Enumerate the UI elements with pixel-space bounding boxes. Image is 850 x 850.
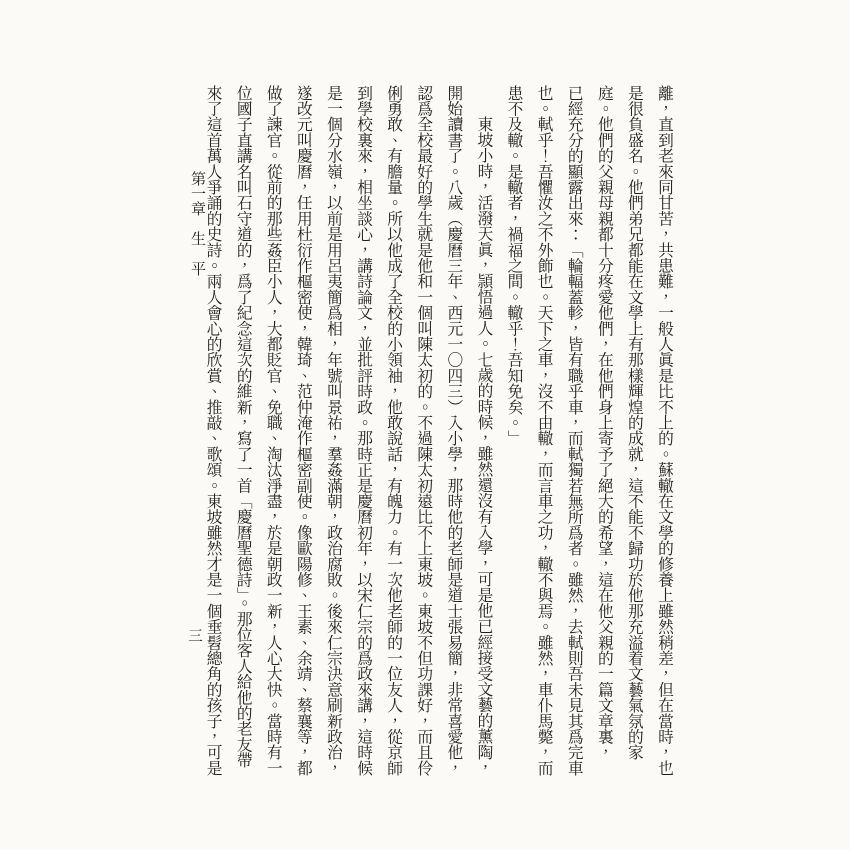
text-column: 患不及轍。是轍者，禍福之間。轍乎！吾知免矣。」: [498, 85, 528, 781]
text-column: 俐勇敢、有膽量。所以他成了全校的小領袖，他敢說話，有魄力。有一次他老師的一位友人…: [378, 85, 408, 781]
text-column: 離，直到老來同甘苦，共患難，一般人眞是比不上的。蘇轍在文學的修養上雖然稍差，但在…: [649, 85, 679, 781]
text-column: 是很負盛名。他們弟兄都能在文學上有那樣輝煌的成就，這不能不歸功於他那充溢着文藝氣…: [619, 85, 649, 781]
text-column: 位國子直講名叫石守道的，爲了紀念這次的維新，寫了一首「慶曆聖德詩」。那位客人給他…: [228, 85, 258, 781]
text-column: 也。軾乎！吾懼汝之不外飾也。天下之車，沒不由轍，而言車之功，轍不與焉。雖然，車仆…: [529, 85, 559, 781]
body-text: 離，直到老來同甘苦，共患難，一般人眞是比不上的。蘇轍在文學的修養上雖然稍差，但在…: [197, 85, 679, 781]
running-header: 第一章 生 平: [187, 171, 206, 276]
text-column: 庭。他們的父親母親都十分疼愛他們，在他們身上寄予了絕大的希望，這在他父親的一篇文…: [589, 85, 619, 781]
text-column: 開始讀書了。八歲（慶曆三年、西元一〇四三）入小學，那時他的老師是道士張易簡，非常…: [438, 85, 468, 781]
text-column: 做了諫官。從前的那些姦臣小人，大都貶官、免職、淘汰淨盡，於是朝政一新，人心大快。…: [258, 85, 288, 781]
text-column: 已經充分的顯露出來：「輪輻蓋軫，皆有職乎車，而軾獨若無所爲者。雖然，去軾則吾未見…: [559, 85, 589, 781]
book-page: 離，直到老來同甘苦，共患難，一般人眞是比不上的。蘇轍在文學的修養上雖然稍差，但在…: [0, 0, 850, 850]
text-column: 東坡小時，活潑天眞，頴悟過人。七歲的時候，雖然還沒有入學，可是他已經接受文藝的薰…: [468, 85, 498, 812]
text-column: 遂改元叫慶曆，任用杜衍作樞密使，韓琦、范仲淹作樞密副使。像歐陽修、王素、余靖、蔡…: [288, 85, 318, 781]
text-column: 到學校裏來，相坐談心，講詩論文，並批評時政。那時正是慶曆初年，以宋仁宗的爲政來講…: [348, 85, 378, 781]
text-column: 認爲全校最好的學生就是他和一個叫陳太初的。不過陳太初遠比不上東坡。東坡不但功課好…: [408, 85, 438, 781]
text-column: 是一個分水嶺，以前是用呂夷簡爲相，年號叫景祐，羣姦滿朝，政治腐敗。後來仁宗決意刷…: [318, 85, 348, 781]
page-number: 三: [184, 628, 203, 643]
